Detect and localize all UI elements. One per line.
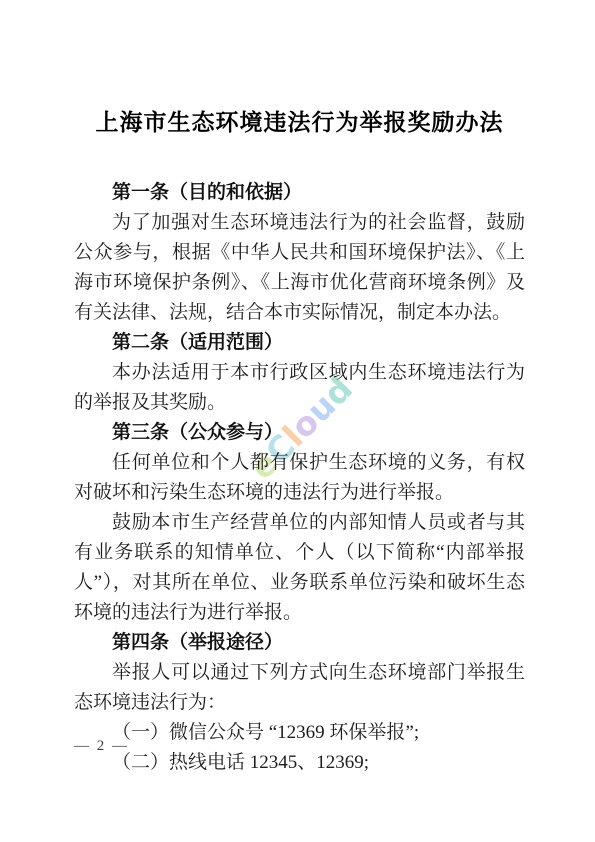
document-page: eCloud 上海市生态环境违法行为举报奖励办法 第一条（目的和依据） 为了加强… [0,0,595,842]
document-body: 第一条（目的和依据） 为了加强对生态环境违法行为的社会监督，鼓励公众参与，根据《… [74,178,525,778]
section-heading: 第一条（目的和依据） [74,178,525,208]
section-article-2: 第二条（适用范围） 本办法适用于本市行政区域内生态环境违法行为的举报及其奖励。 [74,328,525,418]
document-content: 上海市生态环境违法行为举报奖励办法 第一条（目的和依据） 为了加强对生态环境违法… [74,0,525,778]
document-title: 上海市生态环境违法行为举报奖励办法 [74,106,525,140]
paragraph: 为了加强对生态环境违法行为的社会监督，鼓励公众参与，根据《中华人民共和国环境保护… [74,208,525,328]
paragraph: 举报人可以通过下列方式向生态环境部门举报生态环境违法行为： [74,658,525,718]
section-heading: 第四条（举报途径） [74,628,525,658]
page-number: — 2 — [74,736,129,756]
list-item-hotline: （二）热线电话 12345、12369; [74,748,525,778]
section-heading: 第三条（公众参与） [74,418,525,448]
section-article-1: 第一条（目的和依据） 为了加强对生态环境违法行为的社会监督，鼓励公众参与，根据《… [74,178,525,328]
paragraph: 本办法适用于本市行政区域内生态环境违法行为的举报及其奖励。 [74,358,525,418]
list-item-wechat-channel: （一）微信公众号 “12369 环保举报”; [74,718,525,748]
paragraph: 任何单位和个人都有保护生态环境的义务，有权对破坏和污染生态环境的违法行为进行举报… [74,448,525,508]
section-article-3: 第三条（公众参与） 任何单位和个人都有保护生态环境的义务，有权对破坏和污染生态环… [74,418,525,628]
paragraph: 鼓励本市生产经营单位的内部知情人员或者与其有业务联系的知情单位、个人（以下简称“… [74,508,525,628]
section-heading: 第二条（适用范围） [74,328,525,358]
section-article-4: 第四条（举报途径） 举报人可以通过下列方式向生态环境部门举报生态环境违法行为： … [74,628,525,778]
